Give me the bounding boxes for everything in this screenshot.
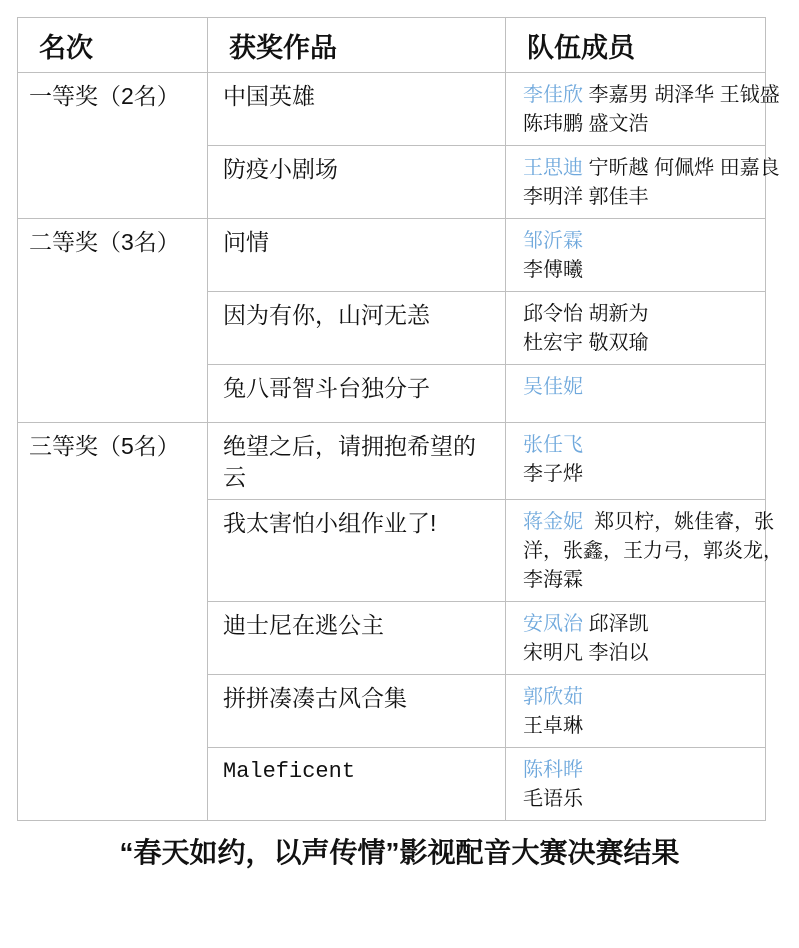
members-line: 蒋金妮 郑贝柠，姚佳睿，张 — [523, 508, 765, 537]
members-line: 张任飞 — [523, 431, 765, 460]
team-leader-name: 张任飞 — [523, 434, 583, 456]
members-line: 陈玮鹏 盛文浩 — [523, 110, 765, 139]
work-title-cell: 因为有你，山河无恙 — [208, 292, 506, 365]
members-cell: 陈科晔毛语乐 — [506, 748, 766, 821]
work-title-cell: 拼拼凑凑古风合集 — [208, 675, 506, 748]
members-cell: 张任飞李子烨 — [506, 423, 766, 500]
team-leader-name: 王思迪 — [523, 157, 583, 179]
team-leader-name: 李佳欣 — [523, 84, 583, 106]
table-row: 三等奖（5名）绝望之后，请拥抱希望的云张任飞李子烨 — [18, 423, 766, 500]
members-line: 王卓琳 — [523, 712, 765, 741]
table-row: 一等奖（2名）中国英雄李佳欣 李嘉男 胡泽华 王钺盛陈玮鹏 盛文浩 — [18, 73, 766, 146]
rank-cell: 一等奖（2名） — [18, 73, 208, 219]
members-cell: 邱令怡 胡新为杜宏宇 敬双瑜 — [506, 292, 766, 365]
work-title-line: 迪士尼在逃公主 — [223, 610, 505, 641]
column-header-members: 队伍成员 — [506, 18, 766, 73]
work-title-line: 中国英雄 — [223, 81, 505, 112]
members-cell: 安凤治 邱泽凯宋明凡 李泊以 — [506, 602, 766, 675]
work-title-line: 防疫小剧场 — [223, 154, 505, 185]
table-row: 二等奖（3名）问情邹沂霖李傅曦 — [18, 219, 766, 292]
members-line: 邱令怡 胡新为 — [523, 300, 765, 329]
members-line: 宋明凡 李泊以 — [523, 639, 765, 668]
members-cell: 蒋金妮 郑贝柠，姚佳睿，张洋，张鑫，王力弓，郭炎龙，李海霖 — [506, 500, 766, 602]
rank-cell: 二等奖（3名） — [18, 219, 208, 423]
members-cell: 王思迪 宁昕越 何佩烨 田嘉良李明洋 郭佳丰 — [506, 146, 766, 219]
results-table: 名次 获奖作品 队伍成员 一等奖（2名）中国英雄李佳欣 李嘉男 胡泽华 王钺盛陈… — [17, 17, 766, 821]
work-title-line: 绝望之后，请拥抱希望的 — [223, 431, 505, 462]
work-title-line: 因为有你，山河无恙 — [223, 300, 505, 331]
work-title-cell: Maleficent — [208, 748, 506, 821]
column-header-work: 获奖作品 — [208, 18, 506, 73]
team-leader-name: 郭欣茹 — [523, 686, 583, 708]
work-title-line: 云 — [223, 462, 505, 493]
page: 名次 获奖作品 队伍成员 一等奖（2名）中国英雄李佳欣 李嘉男 胡泽华 王钺盛陈… — [0, 0, 799, 871]
members-cell: 邹沂霖李傅曦 — [506, 219, 766, 292]
team-leader-name: 蒋金妮 — [523, 511, 583, 533]
members-line: 安凤治 邱泽凯 — [523, 610, 765, 639]
members-line: 洋，张鑫，王力弓，郭炎龙， — [523, 537, 765, 566]
members-line: 毛语乐 — [523, 785, 765, 814]
members-line: 陈科晔 — [523, 756, 765, 785]
members-line: 李傅曦 — [523, 256, 765, 285]
members-cell: 李佳欣 李嘉男 胡泽华 王钺盛陈玮鹏 盛文浩 — [506, 73, 766, 146]
members-line: 吴佳妮 — [523, 373, 765, 402]
team-leader-name: 安凤治 — [523, 613, 583, 635]
work-title-cell: 问情 — [208, 219, 506, 292]
work-title-cell: 绝望之后，请拥抱希望的云 — [208, 423, 506, 500]
column-header-rank: 名次 — [18, 18, 208, 73]
team-leader-name: 吴佳妮 — [523, 376, 583, 398]
work-title-cell: 迪士尼在逃公主 — [208, 602, 506, 675]
work-title-cell: 兔八哥智斗台独分子 — [208, 365, 506, 423]
header-row: 名次 获奖作品 队伍成员 — [18, 18, 766, 73]
members-line: 王思迪 宁昕越 何佩烨 田嘉良 — [523, 154, 765, 183]
work-title-cell: 防疫小剧场 — [208, 146, 506, 219]
members-line: 李子烨 — [523, 460, 765, 489]
work-title-line: 我太害怕小组作业了! — [223, 508, 505, 539]
work-title-cell: 我太害怕小组作业了! — [208, 500, 506, 602]
work-title-line: 拼拼凑凑古风合集 — [223, 683, 505, 714]
members-line: 杜宏宇 敬双瑜 — [523, 329, 765, 358]
team-leader-name: 邹沂霖 — [523, 230, 583, 252]
work-title-line: 问情 — [223, 227, 505, 258]
work-title-line: Maleficent — [223, 756, 505, 787]
members-line: 李佳欣 李嘉男 胡泽华 王钺盛 — [523, 81, 765, 110]
members-cell: 吴佳妮 — [506, 365, 766, 423]
members-line: 李明洋 郭佳丰 — [523, 183, 765, 212]
table-caption: “春天如约，以声传情”影视配音大赛决赛结果 — [0, 831, 799, 871]
rank-cell: 三等奖（5名） — [18, 423, 208, 821]
members-line: 郭欣茹 — [523, 683, 765, 712]
members-line: 邹沂霖 — [523, 227, 765, 256]
work-title-cell: 中国英雄 — [208, 73, 506, 146]
team-leader-name: 陈科晔 — [523, 759, 583, 781]
members-cell: 郭欣茹王卓琳 — [506, 675, 766, 748]
members-line: 李海霖 — [523, 566, 765, 595]
work-title-line: 兔八哥智斗台独分子 — [223, 373, 505, 404]
